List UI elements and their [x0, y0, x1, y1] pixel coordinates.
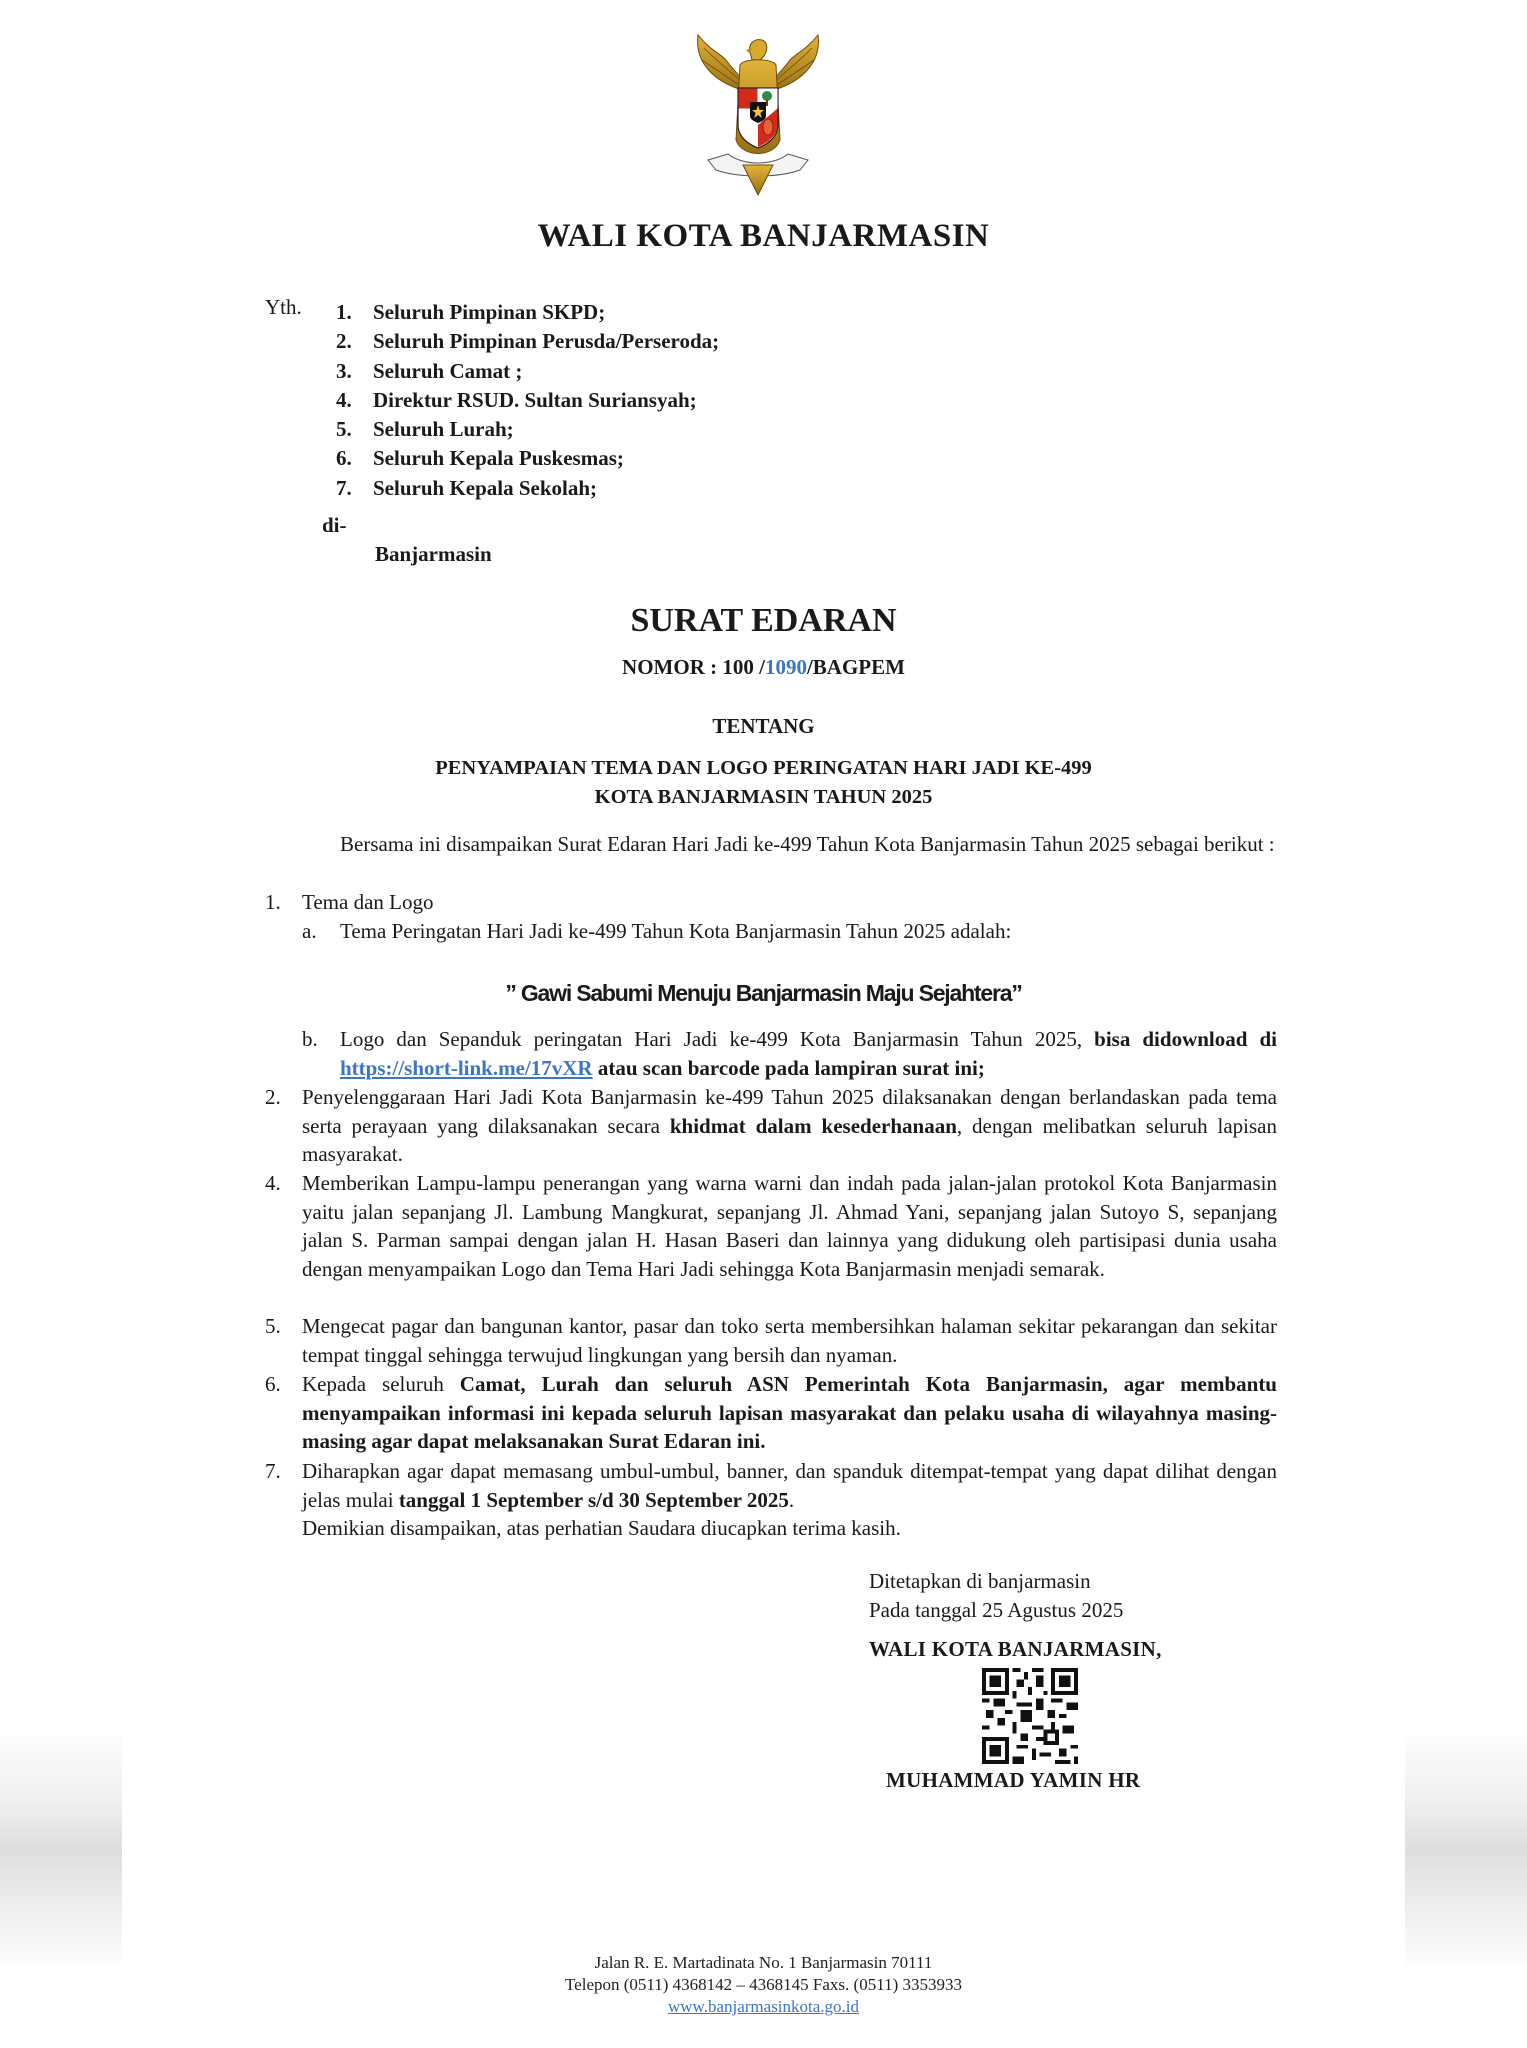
- download-link[interactable]: https://short-link.me/17vXR: [340, 1056, 593, 1080]
- letterhead-title: WALI KOTA BANJARMASIN: [122, 218, 1405, 255]
- background-shade-left: [0, 1735, 122, 1965]
- signature-place-date: Ditetapkan di banjarmasin Pada tanggal 2…: [869, 1567, 1123, 1625]
- addressee-item: 7.Seluruh Kepala Sekolah;: [336, 474, 719, 503]
- theme-quote: ” Gawi Sabumi Menuju Banjarmasin Maju Se…: [122, 980, 1405, 1007]
- list-item-1b: b. Logo dan Sepanduk peringatan Hari Jad…: [302, 1025, 1277, 1082]
- list-item-6: 6. Kepada seluruh Camat, Lurah dan selur…: [265, 1370, 1277, 1456]
- addressee-di: di-: [322, 513, 347, 538]
- footer-phone: Telepon (0511) 4368142 – 4368145 Faxs. (…: [122, 1974, 1405, 1996]
- intro-paragraph: Bersama ini disampaikan Surat Edaran Har…: [265, 830, 1277, 859]
- addressee-label: Yth.: [265, 295, 302, 320]
- letter-page: WALI KOTA BANJARMASIN Yth. 1.Seluruh Pim…: [122, 0, 1405, 2048]
- addressee-item: 4.Direktur RSUD. Sultan Suriansyah;: [336, 386, 719, 415]
- subject-title: PENYAMPAIAN TEMA DAN LOGO PERINGATAN HAR…: [122, 754, 1405, 812]
- footer-address: Jalan R. E. Martadinata No. 1 Banjarmasi…: [122, 1952, 1405, 1974]
- addressee-city: Banjarmasin: [375, 542, 492, 567]
- addressee-item: 2.Seluruh Pimpinan Perusda/Perseroda;: [336, 327, 719, 356]
- addressee-list: 1.Seluruh Pimpinan SKPD; 2.Seluruh Pimpi…: [336, 298, 719, 503]
- list-item-1a: a.Tema Peringatan Hari Jadi ke-499 Tahun…: [302, 917, 1277, 946]
- background-shade-right: [1405, 1735, 1527, 1965]
- subject-label: TENTANG: [122, 714, 1405, 739]
- garuda-emblem-icon: [688, 30, 828, 200]
- list-item-1: 1.Tema dan Logo: [265, 888, 1277, 917]
- addressee-item: 6.Seluruh Kepala Puskesmas;: [336, 444, 719, 473]
- list-item-5: 5.Mengecat pagar dan bangunan kantor, pa…: [265, 1312, 1277, 1369]
- list-item-4: 4.Memberikan Lampu-lampu penerangan yang…: [265, 1169, 1277, 1283]
- list-item-7: 7. Diharapkan agar dapat memasang umbul-…: [265, 1457, 1277, 1514]
- qr-code-icon: [982, 1668, 1078, 1764]
- document-number: NOMOR : 100 /1090/BAGPEM: [122, 655, 1405, 680]
- footer-website-link[interactable]: www.banjarmasinkota.go.id: [668, 1997, 859, 2016]
- letter-footer: Jalan R. E. Martadinata No. 1 Banjarmasi…: [122, 1952, 1405, 2018]
- addressee-item: 5.Seluruh Lurah;: [336, 415, 719, 444]
- addressee-item: 3.Seluruh Camat ;: [336, 357, 719, 386]
- closing-sentence: Demikian disampaikan, atas perhatian Sau…: [302, 1516, 901, 1541]
- list-item-2: 2. Penyelenggaraan Hari Jadi Kota Banjar…: [265, 1083, 1277, 1169]
- signatory-title: WALI KOTA BANJARMASIN,: [869, 1637, 1162, 1662]
- document-number-value: 1090: [765, 655, 807, 679]
- document-title: SURAT EDARAN: [122, 602, 1405, 640]
- addressee-item: 1.Seluruh Pimpinan SKPD;: [336, 298, 719, 327]
- signatory-name: MUHAMMAD YAMIN HR: [886, 1768, 1140, 1793]
